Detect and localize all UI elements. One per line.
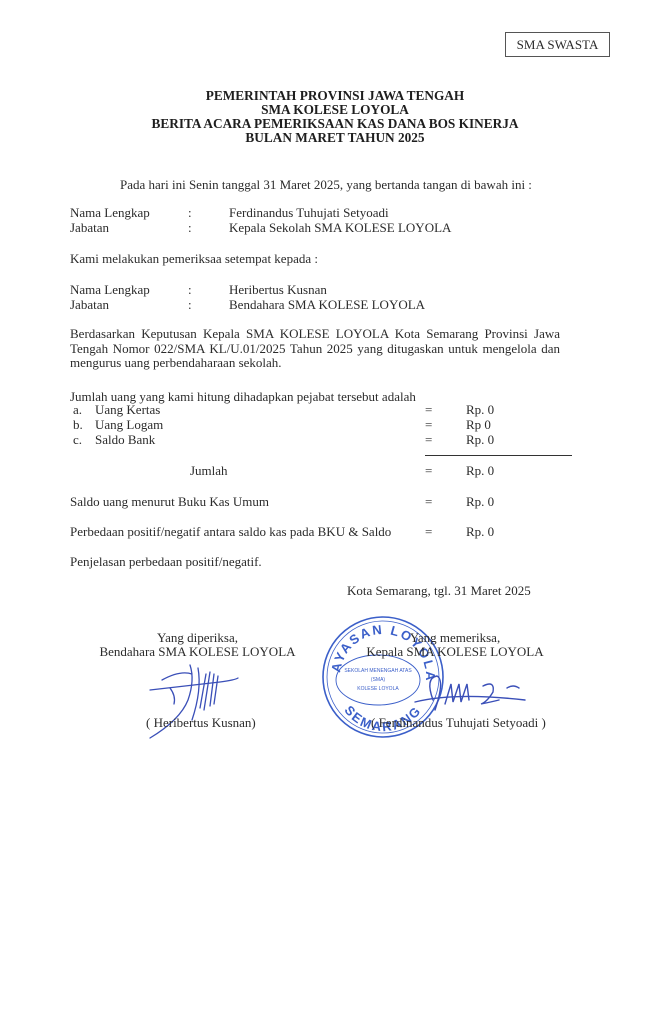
basis-paragraph: Berdasarkan Keputusan Kepala SMA KOLESE … [70, 327, 560, 371]
inspection-intro: Kami melakukan pemeriksaa setempat kepad… [70, 251, 318, 267]
item-equals: = [425, 402, 432, 418]
total-equals: = [425, 463, 432, 479]
signer1-name-colon: : [188, 205, 192, 221]
item-label: Uang Logam [95, 417, 163, 433]
difference-equals: = [425, 524, 432, 540]
signer1-position-label: Jabatan [70, 220, 109, 236]
item-letter: a. [73, 402, 82, 418]
signer1-position: Kepala Sekolah SMA KOLESE LOYOLA [229, 220, 451, 236]
signer2-name: Heribertus Kusnan [229, 282, 327, 298]
total-label: Jumlah [190, 463, 228, 479]
sum-divider [425, 455, 572, 456]
svg-text:KOLESE LOYOLA: KOLESE LOYOLA [357, 686, 399, 692]
signer2-name-colon: : [188, 282, 192, 298]
item-equals: = [425, 432, 432, 448]
item-value: Rp. 0 [466, 402, 494, 418]
item-equals: = [425, 417, 432, 433]
intro-text: Pada hari ini Senin tanggal 31 Maret 202… [120, 177, 532, 193]
item-letter: b. [73, 417, 83, 433]
right-sign-caption2: Kepala SMA KOLESE LOYOLA [345, 644, 565, 660]
bku-label: Saldo uang menurut Buku Kas Umum [70, 494, 269, 510]
item-label: Uang Kertas [95, 402, 160, 418]
item-letter: c. [73, 432, 82, 448]
place-date: Kota Semarang, tgl. 31 Maret 2025 [347, 583, 531, 599]
signer1-position-colon: : [188, 220, 192, 236]
bku-value: Rp. 0 [466, 494, 494, 510]
signer2-position-colon: : [188, 297, 192, 313]
left-sign-name: ( Heribertus Kusnan) [146, 715, 256, 731]
bku-equals: = [425, 494, 432, 510]
svg-text:(SMA): (SMA) [371, 677, 386, 683]
school-type-badge: SMA SWASTA [505, 32, 610, 57]
signer1-name: Ferdinandus Tuhujati Setyoadi [229, 205, 389, 221]
explanation-label: Penjelasan perbedaan positif/negatif. [70, 554, 262, 570]
signer2-position-label: Jabatan [70, 297, 109, 313]
header-period: BULAN MARET TAHUN 2025 [0, 130, 670, 146]
signer1-name-label: Nama Lengkap [70, 205, 150, 221]
item-value: Rp. 0 [466, 432, 494, 448]
principal-signature [395, 670, 535, 720]
difference-label: Perbedaan positif/negatif antara saldo k… [70, 524, 391, 540]
signer2-position: Bendahara SMA KOLESE LOYOLA [229, 297, 425, 313]
total-value: Rp. 0 [466, 463, 494, 479]
item-value: Rp 0 [466, 417, 491, 433]
item-label: Saldo Bank [95, 432, 155, 448]
left-sign-caption2: Bendahara SMA KOLESE LOYOLA [80, 644, 315, 660]
difference-value: Rp. 0 [466, 524, 494, 540]
signer2-name-label: Nama Lengkap [70, 282, 150, 298]
right-sign-name: ( Ferdinandus Tuhujati Setyoadi ) [371, 715, 546, 731]
